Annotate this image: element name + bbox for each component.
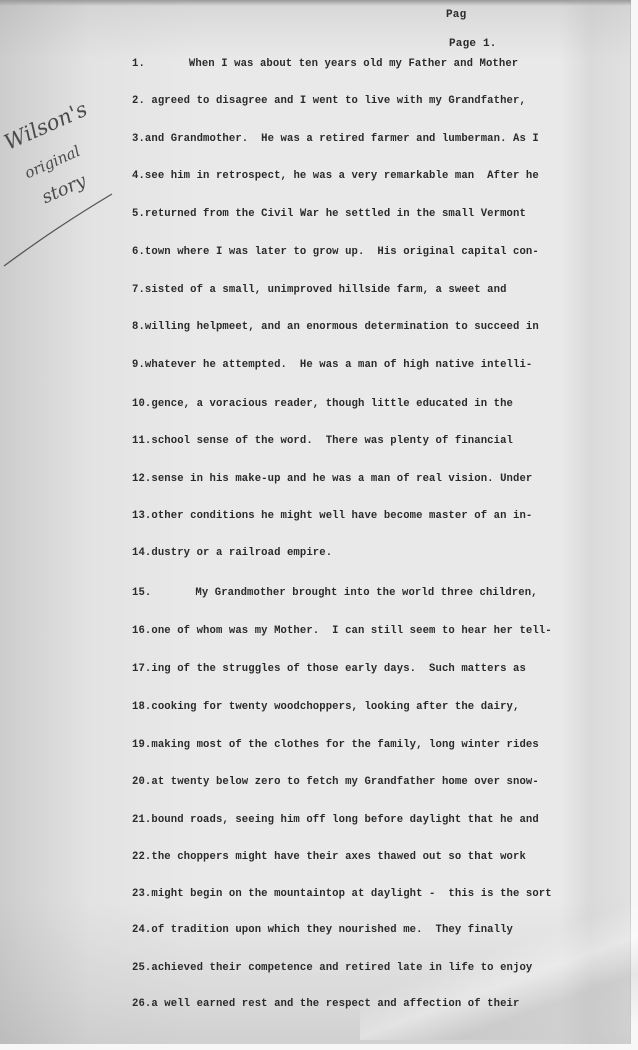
typed-line-20: 20.at twenty below zero to fetch my Gran… xyxy=(132,776,539,788)
typed-line-21: 21.bound roads, seeing him off long befo… xyxy=(132,814,539,826)
page-number-label: Page 1. xyxy=(449,38,497,50)
header-partial-label: Pag xyxy=(446,9,466,21)
typed-line-6: 6.town where I was later to grow up. His… xyxy=(132,246,539,258)
handwritten-annotation: Wilson's original story xyxy=(2,78,132,268)
handwritten-note-icon: Wilson's original story xyxy=(2,78,132,268)
typed-line-10: 10.gence, a voracious reader, though lit… xyxy=(132,398,513,410)
typed-line-25: 25.achieved their competence and retired… xyxy=(132,962,532,974)
typed-line-13: 13.other conditions he might well have b… xyxy=(132,510,532,522)
typed-line-15: 15.My Grandmother brought into the world… xyxy=(132,587,538,599)
typed-line-11: 11.school sense of the word. There was p… xyxy=(132,435,513,447)
typed-line-1: 1.When I was about ten years old my Fath… xyxy=(132,58,518,70)
typed-line-2: 2. agreed to disagree and I went to live… xyxy=(132,95,526,107)
typed-line-16: 16.one of whom was my Mother. I can stil… xyxy=(132,625,552,637)
paper-top-edge xyxy=(0,0,631,6)
typed-line-26: 26.a well earned rest and the respect an… xyxy=(132,998,519,1010)
typed-line-14: 14.dustry or a railroad empire. xyxy=(132,547,332,559)
typed-line-22: 22.the choppers might have their axes th… xyxy=(132,851,526,863)
handwritten-underline-stroke xyxy=(4,194,112,266)
typed-line-18: 18.cooking for twenty woodchoppers, look… xyxy=(132,701,519,713)
typed-line-12: 12.sense in his make-up and he was a man… xyxy=(132,473,532,485)
typewritten-page: Pag Page 1. Wilson's original story 1.Wh… xyxy=(0,0,631,1044)
handwritten-line-3: story xyxy=(39,170,90,208)
typed-line-19: 19.making most of the clothes for the fa… xyxy=(132,739,539,751)
handwritten-line-1: Wilson's xyxy=(2,97,91,155)
typed-line-3: 3.and Grandmother. He was a retired farm… xyxy=(132,133,539,145)
handwritten-line-2: original xyxy=(22,142,83,182)
typed-line-17: 17.ing of the struggles of those early d… xyxy=(132,663,526,675)
typed-line-5: 5.returned from the Civil War he settled… xyxy=(132,208,526,220)
typed-line-24: 24.of tradition upon which they nourishe… xyxy=(132,924,513,936)
typed-line-4: 4.see him in retrospect, he was a very r… xyxy=(132,170,539,182)
typed-line-23: 23.might begin on the mountaintop at day… xyxy=(132,888,552,900)
typed-line-7: 7.sisted of a small, unimproved hillside… xyxy=(132,284,507,296)
typed-line-9: 9.whatever he attempted. He was a man of… xyxy=(132,359,532,371)
typed-line-8: 8.willing helpmeet, and an enormous dete… xyxy=(132,321,539,333)
